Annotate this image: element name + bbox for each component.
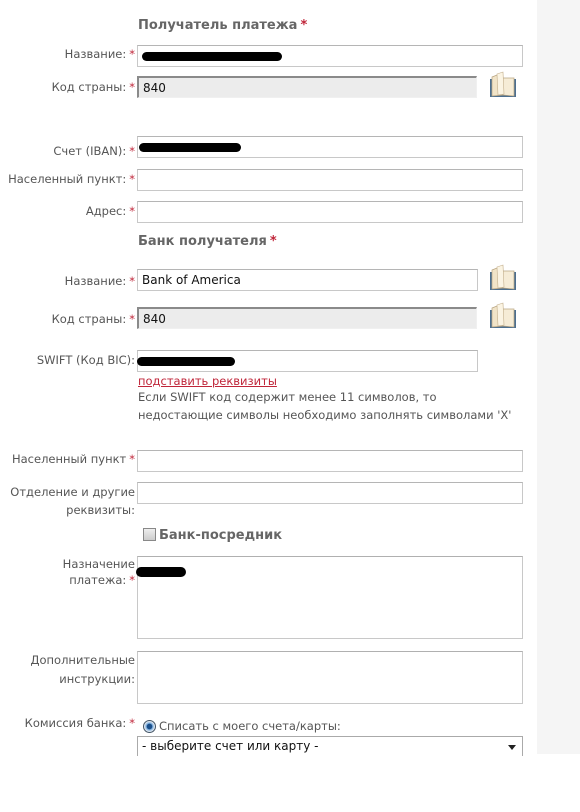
- bank-country-code-label: Код страны:*: [52, 311, 135, 327]
- recipient-locality-input[interactable]: [137, 169, 523, 191]
- redacted-value: [136, 567, 186, 577]
- commission-radio-own-account[interactable]: [143, 720, 156, 733]
- recipient-address-label: Адрес:*: [86, 203, 135, 219]
- bank-swift-label: SWIFT (Код BIC):: [37, 352, 135, 368]
- bank-country-code-input[interactable]: 840: [137, 307, 477, 329]
- recipient-name-input[interactable]: [137, 45, 523, 67]
- redacted-value: [142, 52, 282, 61]
- bank-name-label: Название:*: [65, 273, 135, 289]
- commission-radio-label: Списать с моего счета/карты:: [159, 719, 341, 733]
- extra-instructions-label: Дополнительные инструкции:: [5, 651, 135, 689]
- recipient-section-title: Получатель платежа*: [138, 18, 307, 33]
- purpose-textarea[interactable]: [137, 556, 523, 639]
- intermediary-bank-label: Банк-посредник: [159, 528, 282, 543]
- chevron-down-icon: [508, 745, 516, 750]
- recipient-account-input[interactable]: [137, 136, 523, 158]
- bank-swift-input[interactable]: [137, 350, 478, 372]
- recipient-account-label: Счет (IBAN):*: [53, 143, 135, 159]
- bank-section-title: Банк получателя*: [138, 234, 277, 249]
- bank-locality-label: Населенный пункт*: [12, 451, 135, 467]
- recipient-country-code-input[interactable]: 840: [137, 76, 477, 98]
- recipient-country-code-label: Код страны:*: [52, 79, 135, 95]
- intermediary-bank-checkbox[interactable]: [143, 528, 156, 541]
- recipient-address-input[interactable]: [137, 201, 523, 223]
- bank-name-input[interactable]: Bank of America: [137, 269, 478, 291]
- right-side-panel: [537, 0, 580, 754]
- extra-instructions-textarea[interactable]: [137, 651, 523, 704]
- required-mark: *: [300, 18, 307, 33]
- bank-locality-input[interactable]: [137, 450, 523, 472]
- recipient-locality-label: Населенный пункт:*: [8, 171, 135, 187]
- redacted-value: [137, 357, 235, 366]
- bank-branch-label: Отделение и другие реквизиты:: [5, 483, 135, 519]
- redacted-value: [139, 143, 241, 152]
- purpose-label: Назначение платежа:*: [0, 556, 135, 588]
- account-select[interactable]: - выберите счет или карту -: [137, 736, 523, 756]
- commission-label: Комиссия банка:*: [25, 715, 135, 731]
- book-icon[interactable]: [487, 262, 519, 294]
- recipient-name-label: Название:*: [65, 46, 135, 62]
- swift-hint: Если SWIFT код содержит менее 11 символо…: [138, 388, 518, 424]
- book-icon[interactable]: [487, 300, 519, 332]
- fill-details-link[interactable]: подставить реквизиты: [138, 374, 277, 388]
- bank-branch-input[interactable]: [137, 482, 523, 504]
- book-icon[interactable]: [487, 69, 519, 101]
